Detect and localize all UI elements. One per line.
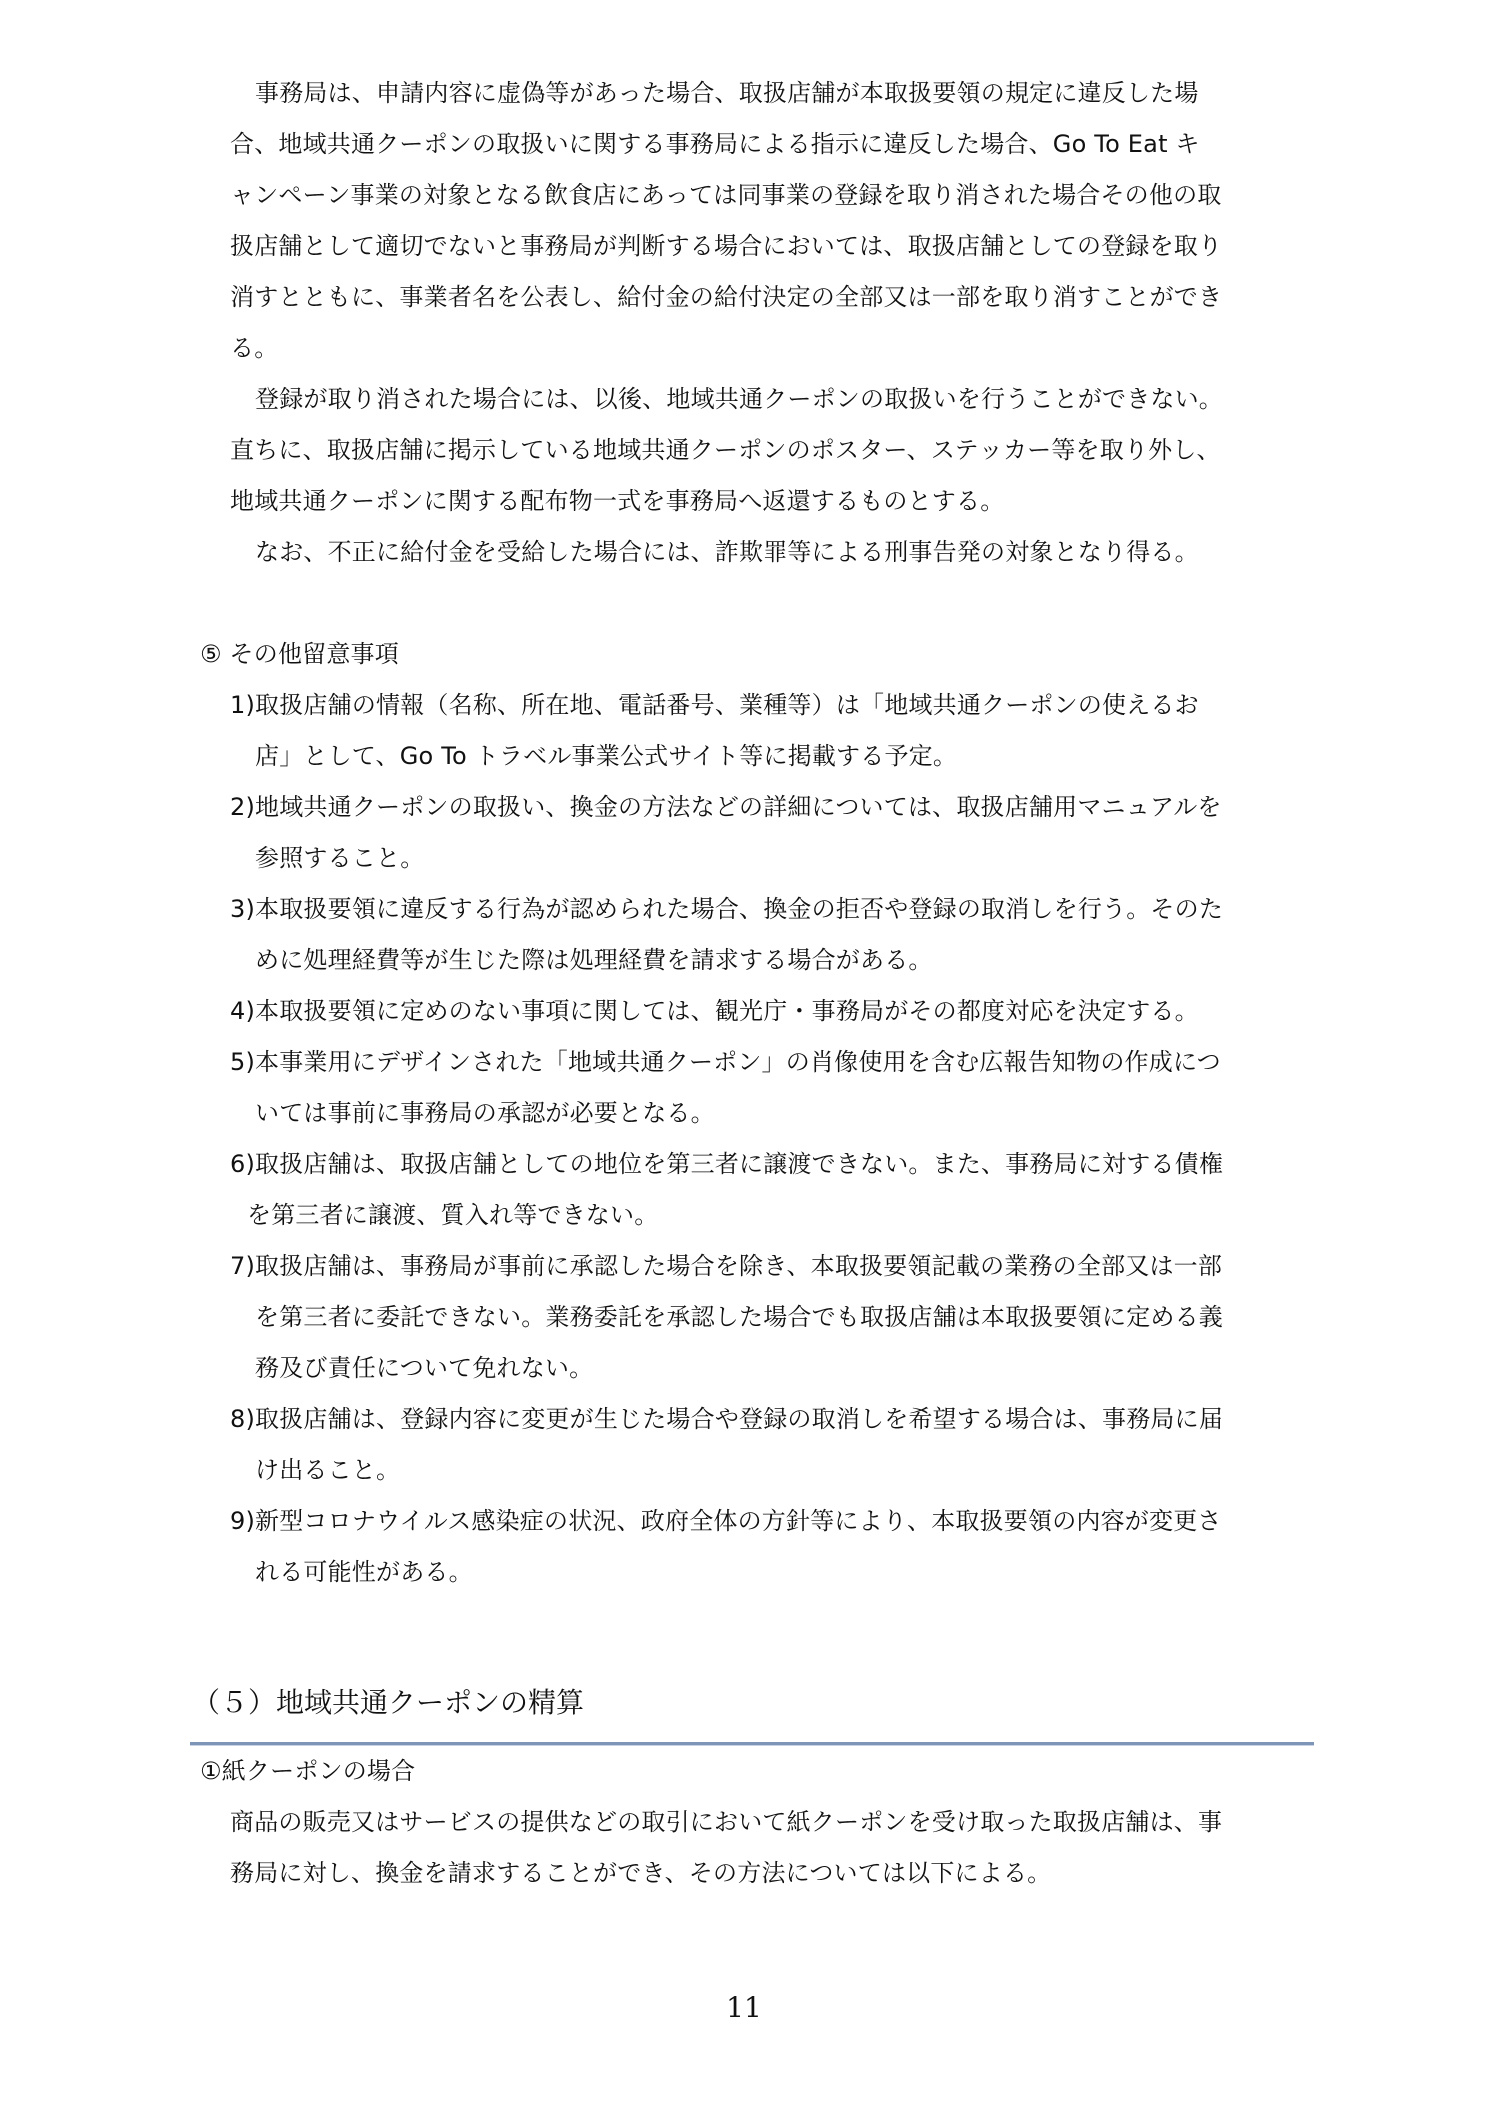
text-line: 参照すること。 xyxy=(255,843,424,873)
text-line: れる可能性がある。 xyxy=(255,1557,473,1587)
text-line: いては事前に事務局の承認が必要となる。 xyxy=(255,1098,715,1128)
text-line: 商品の販売又はサービスの提供などの取引において紙クーポンを受け取った取扱店舗は、… xyxy=(230,1807,1222,1837)
text-line: 9)新型コロナウイルス感染症の状況、政府全体の方針等により、本取扱要領の内容が変… xyxy=(230,1506,1222,1536)
text-line: 登録が取り消された場合には、以後、地域共通クーポンの取扱いを行うことができない。 xyxy=(255,384,1223,414)
text-line: を第三者に譲渡、質入れ等できない。 xyxy=(247,1200,658,1230)
text-line: 3)本取扱要領に違反する行為が認められた場合、換金の拒否や登録の取消しを行う。そ… xyxy=(230,894,1223,924)
text-line: 4)本取扱要領に定めのない事項に関しては、観光庁・事務局がその都度対応を決定する… xyxy=(230,996,1199,1026)
text-line: 7)取扱店舗は、事務局が事前に承認した場合を除き、本取扱要領記載の業務の全部又は… xyxy=(230,1251,1222,1281)
text-line: 1)取扱店舗の情報（名称、所在地、電話番号、業種等）は「地域共通クーポンの使える… xyxy=(230,690,1199,720)
text-line: 務及び責任について免れない。 xyxy=(255,1353,593,1383)
text-line: 事務局は、申請内容に虚偽等があった場合、取扱店舗が本取扱要領の規定に違反した場 xyxy=(255,78,1199,108)
text-line: け出ること。 xyxy=(255,1455,400,1485)
text-line: る。 xyxy=(230,333,278,363)
text-line: 合、地域共通クーポンの取扱いに関する事務局による指示に違反した場合、Go To … xyxy=(230,129,1200,159)
text-line: なお、不正に給付金を受給した場合には、詐欺罪等による刑事告発の対象となり得る。 xyxy=(255,537,1199,567)
text-line: 消すとともに、事業者名を公表し、給付金の給付決定の全部又は一部を取り消すことがで… xyxy=(230,282,1222,312)
text-line: を第三者に委託できない。業務委託を承認した場合でも取扱店舗は本取扱要領に定める義 xyxy=(255,1302,1223,1332)
heading-divider xyxy=(190,1742,1314,1746)
text-line: 8)取扱店舗は、登録内容に変更が生じた場合や登録の取消しを希望する場合は、事務局… xyxy=(230,1404,1223,1434)
section-heading: （５）地域共通クーポンの精算 xyxy=(192,1686,584,1720)
page-number: 11 xyxy=(0,1992,1488,2024)
text-line: ャンペーン事業の対象となる飲食店にあっては同事業の登録を取り消された場合その他の… xyxy=(230,180,1221,210)
subsection-title: ①紙クーポンの場合 xyxy=(200,1756,415,1786)
document-page: 事務局は、申請内容に虚偽等があった場合、取扱店舗が本取扱要領の規定に違反した場 … xyxy=(0,0,1488,2104)
text-line: 6)取扱店舗は、取扱店舗としての地位を第三者に譲渡できない。また、事務局に対する… xyxy=(230,1149,1223,1179)
text-line: 直ちに、取扱店舗に掲示している地域共通クーポンのポスター、ステッカー等を取り外し… xyxy=(230,435,1221,465)
text-line: 務局に対し、換金を請求することができ、その方法については以下による。 xyxy=(230,1858,1051,1888)
text-line: 地域共通クーポンに関する配布物一式を事務局へ返還するものとする。 xyxy=(230,486,1004,516)
text-line: 扱店舗として適切でないと事務局が判断する場合においては、取扱店舗としての登録を取… xyxy=(230,231,1222,261)
section-title: ⑤ その他留意事項 xyxy=(200,639,399,669)
text-line: 5)本事業用にデザインされた「地域共通クーポン」の肖像使用を含む広報告知物の作成… xyxy=(230,1047,1221,1077)
text-line: 2)地域共通クーポンの取扱い、換金の方法などの詳細については、取扱店舗用マニュア… xyxy=(230,792,1222,822)
text-line: めに処理経費等が生じた際は処理経費を請求する場合がある。 xyxy=(255,945,933,975)
text-line: 店」として、Go To トラベル事業公式サイト等に掲載する予定。 xyxy=(255,741,957,771)
